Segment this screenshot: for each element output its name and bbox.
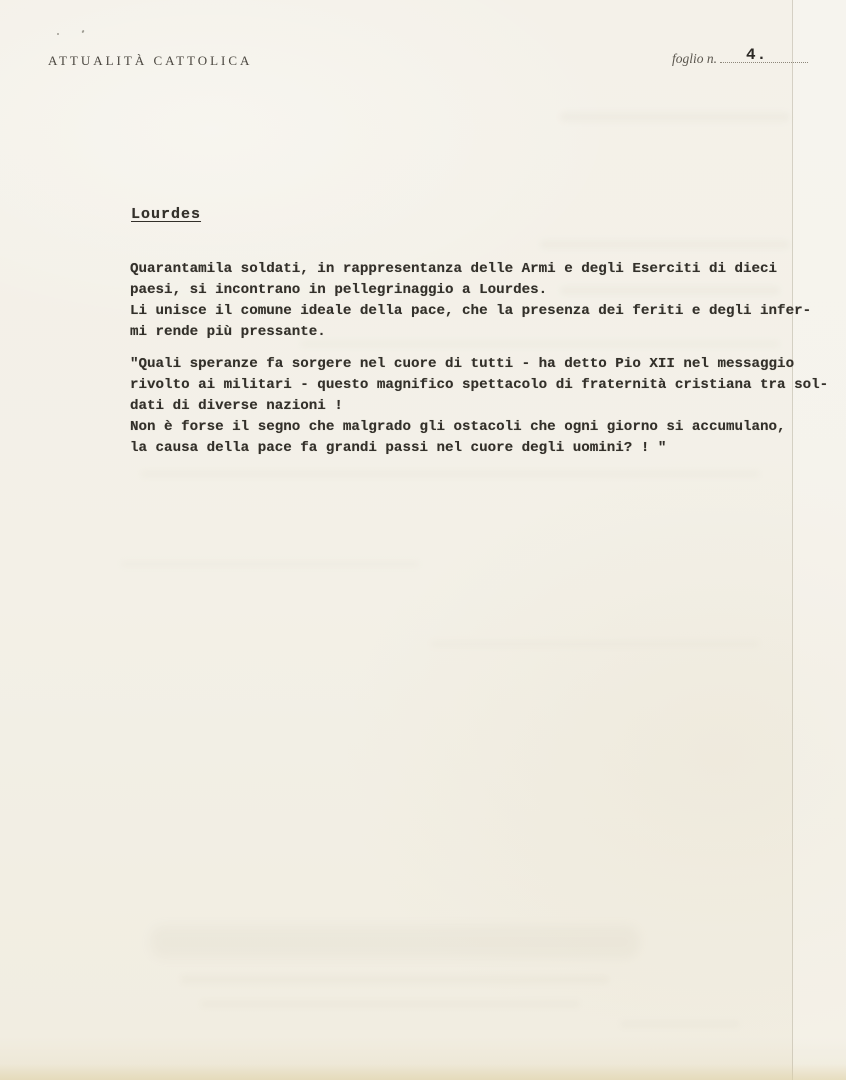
folio-dotted-line: 4. [720,50,808,63]
article-title: Lourdes [131,206,201,223]
article-paragraph-2: "Quali speranze fa sorgere nel cuore di … [130,354,835,459]
folio-label: foglio n. [672,51,717,66]
bleedthrough-smudge [430,640,760,648]
page-bottom-shadow [0,1064,846,1080]
folio-field: foglio n.4. [672,50,808,68]
document-page: ATTUALITÀ CATTOLICA foglio n.4. Lourdes … [0,0,846,1080]
article-paragraph-1: Quarantamila soldati, in rappresentanza … [130,259,835,343]
page-crease-line [792,0,793,1080]
bleedthrough-smudge [120,560,420,568]
bleedthrough-smudge [200,1000,580,1008]
paper-speck [81,30,84,34]
bleedthrough-smudge [560,112,790,122]
bleedthrough-smudge [180,975,610,984]
paper-speck [57,33,59,35]
bleedthrough-smudge-large [150,925,640,959]
bleedthrough-smudge [140,470,760,478]
folio-number: 4. [746,46,767,64]
bleedthrough-smudge [620,1020,740,1028]
publication-title: ATTUALITÀ CATTOLICA [48,53,252,69]
page-edge-strip [793,0,846,1080]
bleedthrough-smudge [540,240,790,249]
